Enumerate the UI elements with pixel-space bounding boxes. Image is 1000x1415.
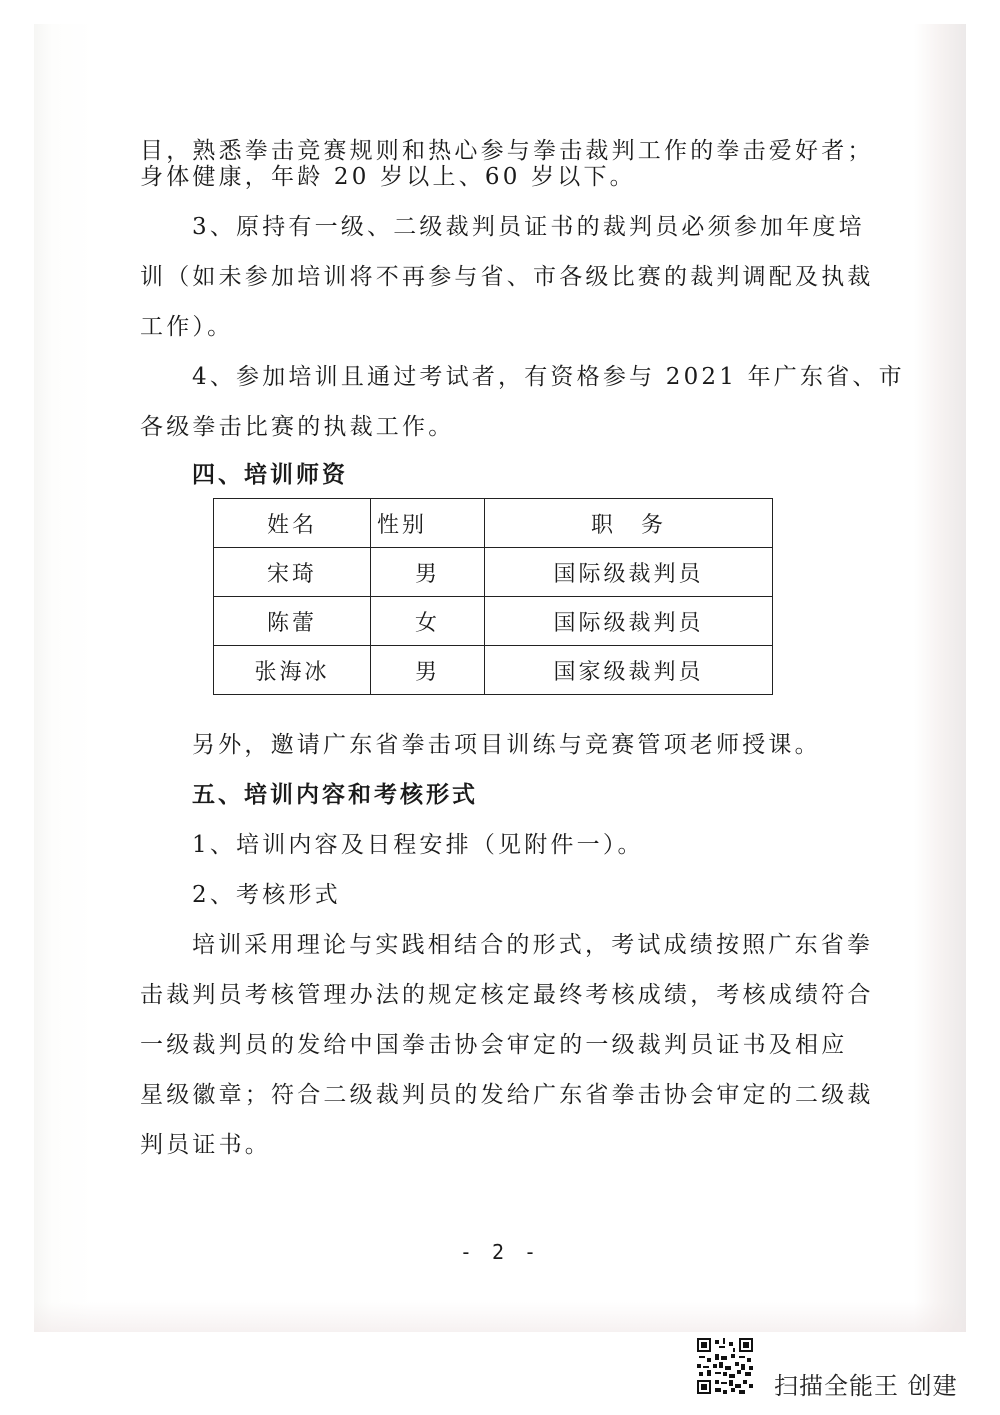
cell-gender: 女 [371,597,485,646]
header-title: 职 务 [485,499,773,548]
list-item: 1、培训内容及日程安排（见附件一）。 [192,830,644,860]
table-row: 张海冰 男 国家级裁判员 [214,646,773,695]
table-row: 陈蕾 女 国际级裁判员 [214,597,773,646]
paragraph-line: 击裁判员考核管理办法的规定核定最终考核成绩，考核成绩符合 [140,980,874,1010]
cell-name: 宋琦 [214,548,371,597]
cell-gender: 男 [371,646,485,695]
table-header-row: 姓名 性别 职 务 [214,499,773,548]
paragraph-line: 身体健康，年龄 20 岁以上、60 岁以下。 [140,162,636,192]
table-row: 宋琦 男 国际级裁判员 [214,548,773,597]
list-item: 2、考核形式 [192,880,341,910]
header-name: 姓名 [214,499,371,548]
paragraph-line: 3、原持有一级、二级裁判员证书的裁判员必须参加年度培 [192,212,865,242]
paragraph-line: 各级拳击比赛的执裁工作。 [140,412,454,442]
cell-title: 国际级裁判员 [485,548,773,597]
cell-title: 国家级裁判员 [485,646,773,695]
teachers-table: 姓名 性别 职 务 宋琦 男 国际级裁判员 陈蕾 女 国际级裁判员 张海冰 男 … [213,498,773,695]
cell-name: 张海冰 [214,646,371,695]
paragraph-line: 培训采用理论与实践相结合的形式，考试成绩按照广东省拳 [192,930,873,960]
paragraph-line: 工作）。 [140,312,233,342]
section-heading-teachers: 四、培训师资 [192,460,348,490]
header-gender: 性别 [371,499,485,548]
paragraph-line: 训（如未参加培训将不再参与省、市各级比赛的裁判调配及执裁 [140,262,874,292]
scanner-watermark: 扫描全能王 创建 [774,1366,958,1401]
cell-name: 陈蕾 [214,597,371,646]
paragraph-line: 4、参加培训且通过考试者，有资格参与 2021 年广东省、市 [192,362,905,392]
paragraph-line: 判员证书。 [140,1130,271,1160]
page-number: - 2 - [0,1240,1000,1264]
paragraph-line: 星级徽章；符合二级裁判员的发给广东省拳击协会审定的二级裁 [140,1080,874,1110]
paragraph-line: 一级裁判员的发给中国拳击协会审定的一级裁判员证书及相应 [140,1030,847,1060]
section-heading-content: 五、培训内容和考核形式 [192,780,478,810]
teachers-note: 另外，邀请广东省拳击项目训练与竞赛管项老师授课。 [192,730,821,760]
cell-title: 国际级裁判员 [485,597,773,646]
cell-gender: 男 [371,548,485,597]
qr-code-icon [697,1338,753,1394]
